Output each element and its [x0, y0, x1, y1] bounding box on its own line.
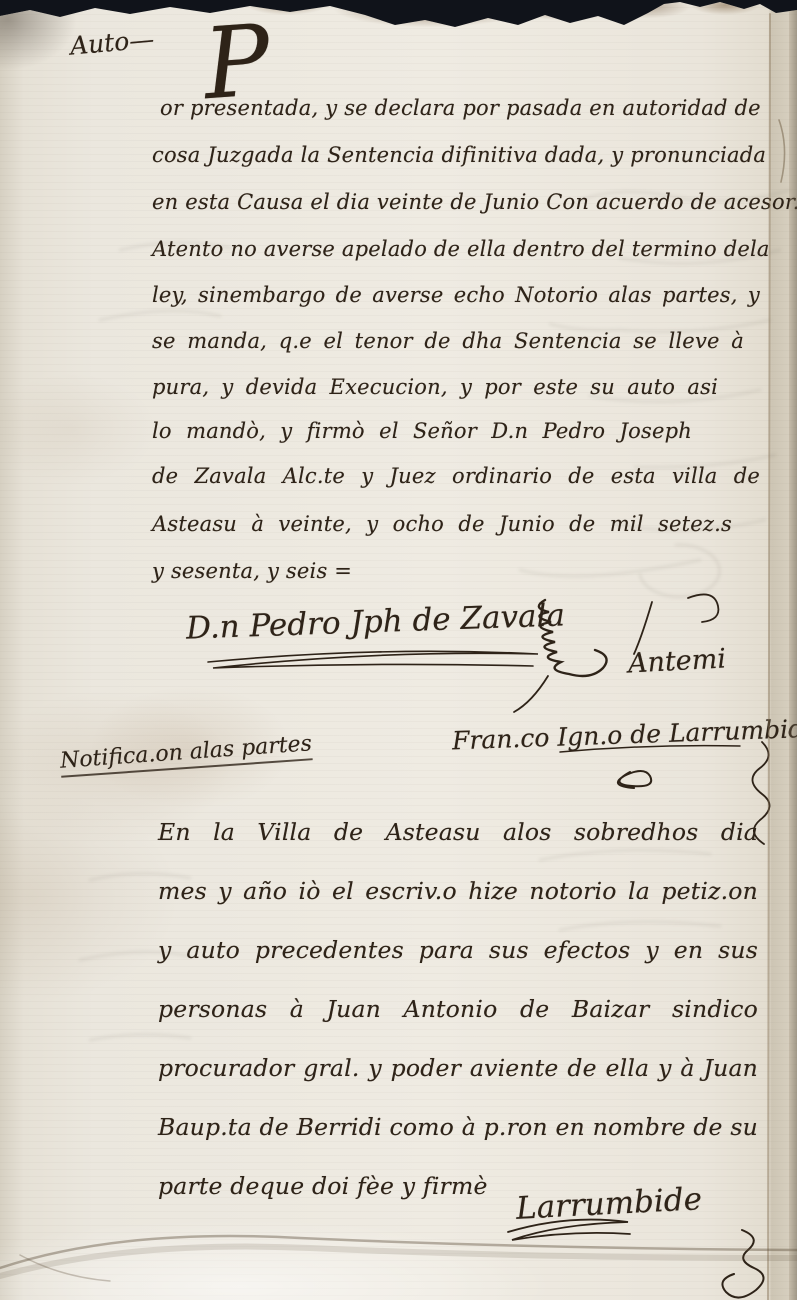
manuscript-line: y auto precedentes para sus efectos y en… [158, 936, 758, 964]
signature-zavala: D.n Pedro Jph de Zavala [185, 597, 565, 646]
manuscript-line: ley, sinembargo de averse echo Notorio a… [152, 283, 760, 307]
signature-larrumbide-full: Fran.co Ign.o de Larrumbide [452, 714, 797, 756]
manuscript-line: en esta Causa el dia veinte de Junio Con… [152, 190, 760, 214]
margin-note-auto: Auto— [69, 24, 155, 60]
manuscript-line: lo mandò, y firmò el Señor D.n Pedro Jos… [152, 419, 692, 443]
manuscript-line: En la Villa de Asteasu alos sobredhos di… [158, 818, 758, 846]
attestation-antemi: Antemi [627, 643, 726, 679]
manuscript-scan: Auto— P or presentada, y se declara por … [0, 0, 797, 1300]
manuscript-line: pura, y devida Execucion, y por este su … [152, 375, 718, 399]
manuscript-line: Atento no averse apelado de ella dentro … [152, 237, 760, 261]
manuscript-line: mes y año iò el escriv.o hize notorio la… [158, 877, 758, 905]
manuscript-line: or presentada, y se declara por pasada e… [160, 96, 760, 120]
manuscript-line: Baup.ta de Berridi como à p.ron en nombr… [158, 1113, 758, 1141]
page-edge-strip [789, 0, 797, 1300]
manuscript-page: Auto— P or presentada, y se declara por … [0, 0, 797, 1300]
manuscript-line: personas à Juan Antonio de Baizar sindic… [158, 995, 758, 1023]
margin-note-notification: Notifica.on alas partes [59, 731, 313, 778]
manuscript-line: Asteasu à veinte, y ocho de Junio de mil… [152, 512, 732, 536]
manuscript-line: se manda, q.e el tenor de dha Sentencia … [152, 329, 744, 353]
manuscript-line: de Zavala Alc.te y Juez ordinario de est… [152, 464, 760, 488]
manuscript-line: y sesenta, y seis = [152, 559, 760, 583]
manuscript-line: procurador gral. y poder aviente de ella… [158, 1054, 758, 1082]
manuscript-line: cosa Juzgada la Sentencia difinitiva dad… [152, 143, 760, 167]
